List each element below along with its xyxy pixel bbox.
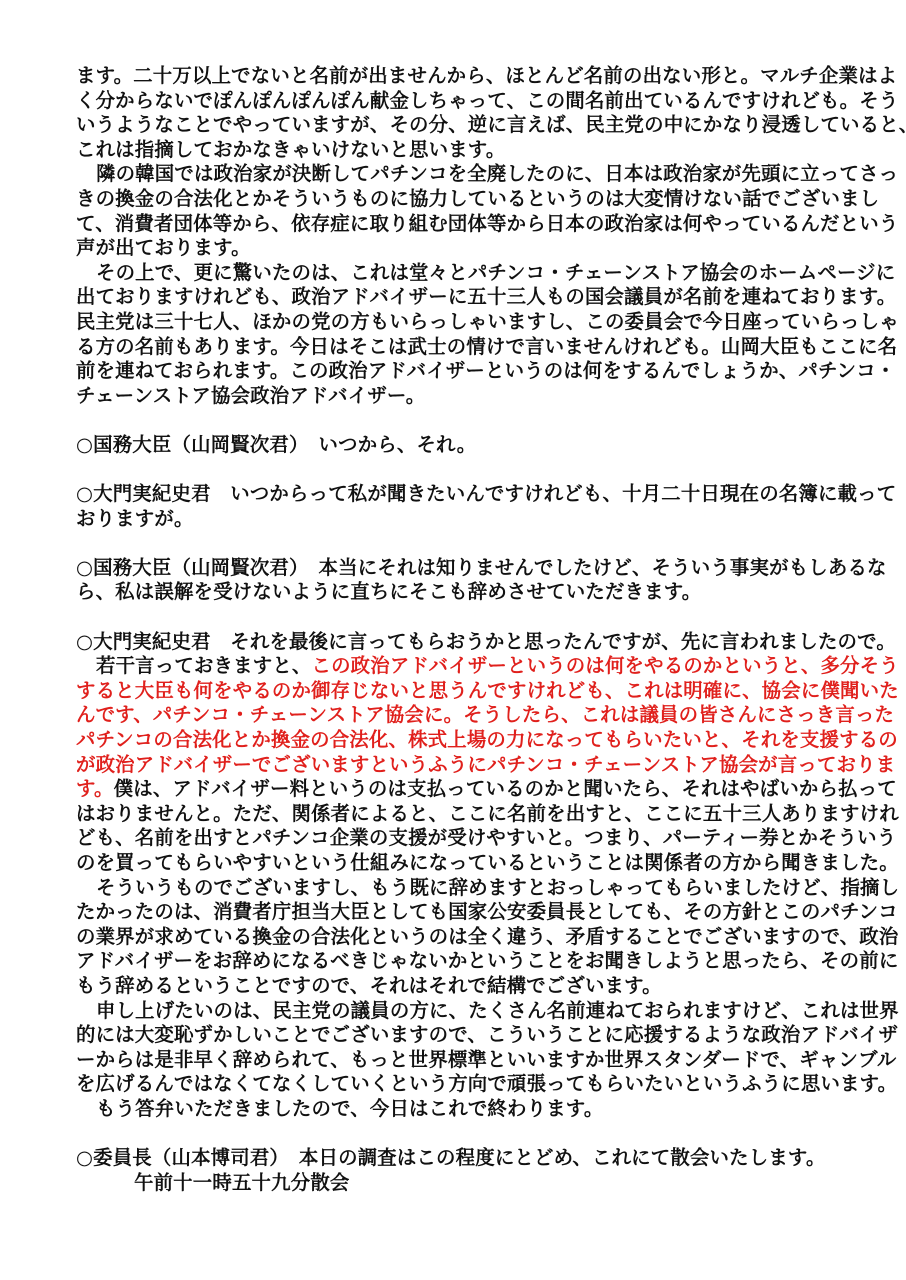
transcript-line: ○大門実紀史君 いつからって私が聞きたいんですけれども、十月二十日現在の名簿に載… [76,482,851,507]
transcript-line: 的には大変恥ずかしいことでございますので、こういうことに応援するような政治アドバ… [76,1023,851,1048]
text-segment: ら、私は誤解を受けないように直ちにそこも辞めさせていただきます。 [76,580,701,603]
highlighted-text: んです、パチンコ・チェーンストア協会に。そうしたら、これは議員の皆さんにさっき言… [76,703,894,726]
transcript-line: いうようなことでやっていますが、その分、逆に言えば、民主党の中にかなり浸透してい… [76,113,851,138]
text-segment: ○大門実紀史君 それを最後に言ってもらおうかと思ったんですが、先に言われましたの… [76,630,896,653]
transcript-line: 申し上げたいのは、民主党の議員の方に、たくさん名前連ねておられますけど、これは世… [76,999,851,1024]
transcript-line: のを買ってもらいやすいという仕組みになっているということは関係者の方から聞きまし… [76,851,851,876]
highlighted-text: この政治アドバイザーというのは何をやるのかというと、多分そう [312,654,899,677]
text-segment: ○国務大臣（山岡賢次君） いつから、それ。 [76,433,476,456]
text-segment: おりますが。 [76,507,194,530]
transcript-line: そういうものでございますし、もう既に辞めますとおっしゃってもらいましたけど、指摘… [76,876,851,901]
text-segment: 的には大変恥ずかしいことでございますので、こういうことに応援するような政治アドバ… [76,1023,898,1046]
text-segment: ○委員長（山本博司君） 本日の調査はこの程度にとどめ、これにて散会いたします。 [76,1146,826,1169]
transcript-line: を広げるんではなくてなくしていくという方向で頑張ってもらいたいというふうに思いま… [76,1072,851,1097]
text-segment: アドバイザーをお辞めになるべきじゃないかということをお聞きしようと思ったら、その… [76,949,898,972]
transcript-line: おりますが。 [76,507,851,532]
transcript-line: もう辞めるということですので、それはそれで結構でございます。 [76,974,851,999]
transcript-line: ○国務大臣（山岡賢次君） いつから、それ。 [76,433,851,458]
transcript-line: はおりませんと。ただ、関係者によると、ここに名前を出すと、ここに五十三人あります… [76,802,851,827]
text-segment: そういうものでございますし、もう既に辞めますとおっしゃってもらいましたけど、指摘… [96,876,899,899]
text-segment: を広げるんではなくてなくしていくという方向で頑張ってもらいたいというふうに思いま… [76,1072,897,1095]
transcript-line: 午前十一時五十九分散会 [76,1171,851,1196]
text-segment: 申し上げたいのは、民主党の議員の方に、たくさん名前連ねておられますけど、これは世… [96,999,899,1022]
text-segment: もう答弁いただきましたので、今日はこれで終わります。 [96,1097,603,1120]
text-segment: たかったのは、消費者庁担当大臣としても国家公安委員長としても、その方針とこのパチ… [76,900,898,923]
transcript-line: ら、私は誤解を受けないように直ちにそこも辞めさせていただきます。 [76,580,851,605]
transcript-line: て、消費者団体等から、依存症に取り組む団体等から日本の政治家は何やっているんだと… [76,212,851,237]
text-segment: ○国務大臣（山岡賢次君） 本当にそれは知りませんでしたけど、そういう事実がもしあ… [76,556,887,579]
transcript-line: パチンコの合法化とか換金の合法化、株式上場の力になってもらいたいと、それを支援す… [76,728,851,753]
transcript-line: ○国務大臣（山岡賢次君） 本当にそれは知りませんでしたけど、そういう事実がもしあ… [76,556,851,581]
transcript-line: チェーンストア協会政治アドバイザー。 [76,384,851,409]
transcript-line: ども、名前を出すとパチンコ企業の支援が受けやすいと。つまり、パーティー券とかそう… [76,826,851,851]
highlighted-text: す。 [76,777,114,800]
text-segment: はおりませんと。ただ、関係者によると、ここに名前を出すと、ここに五十三人あります… [76,802,899,825]
highlighted-text: が政治アドバイザーでございますというふうにパチンコ・チェーンストア協会が言ってお… [76,753,895,776]
text-segment: チェーンストア協会政治アドバイザー。 [76,384,425,407]
text-segment: 若干言っておきますと、 [96,654,312,677]
text-segment: その上で、更に驚いたのは、これは堂々とパチンコ・チェーンストア協会のホームページ… [96,261,895,284]
text-segment: 前を連ねておられます。この政治アドバイザーというのは何をするんでしょうか、パチン… [76,359,895,382]
transcript-line: もう答弁いただきましたので、今日はこれで終わります。 [76,1097,851,1122]
highlighted-text: パチンコの合法化とか換金の合法化、株式上場の力になってもらいたいと、それを支援す… [76,728,898,751]
blank-line [76,1122,851,1147]
text-segment: ーからは是非早く辞められて、もっと世界標準といいますか世界スタンダードで、ギャン… [76,1048,896,1071]
blank-line [76,408,851,433]
text-segment: ○大門実紀史君 いつからって私が聞きたいんですけれども、十月二十日現在の名簿に載… [76,482,896,505]
transcript-line: これは指摘しておかなきゃいけないと思います。 [76,138,851,163]
transcript-page: ます。二十万以上でないと名前が出ませんから、ほとんど名前の出ない形と。マルチ企業… [76,64,851,1195]
transcript-line: ーからは是非早く辞められて、もっと世界標準といいますか世界スタンダードで、ギャン… [76,1048,851,1073]
transcript-line: その上で、更に驚いたのは、これは堂々とパチンコ・チェーンストア協会のホームページ… [76,261,851,286]
transcript-line: が政治アドバイザーでございますというふうにパチンコ・チェーンストア協会が言ってお… [76,753,851,778]
transcript-line: んです、パチンコ・チェーンストア協会に。そうしたら、これは議員の皆さんにさっき言… [76,703,851,728]
transcript-line: 出ておりますけれども、政治アドバイザーに五十三人もの国会議員が名前を連ねておりま… [76,285,851,310]
blank-line [76,531,851,556]
transcript-line: すると大臣も何をやるのか御存じないと思うんですけれども、これは明確に、協会に僕聞… [76,679,851,704]
transcript-line: ○委員長（山本博司君） 本日の調査はこの程度にとどめ、これにて散会いたします。 [76,1146,851,1171]
transcript-line: る方の名前もあります。今日はそこは武士の情けで言いませんけれども。山岡大臣もここ… [76,335,851,360]
transcript-line: く分からないでぽんぽんぽんぽん献金しちゃって、この間名前出ているんですけれども。… [76,89,851,114]
transcript-line: きの換金の合法化とかそういうものに協力しているというのは大変情けない話でございま… [76,187,851,212]
transcript-line: ます。二十万以上でないと名前が出ませんから、ほとんど名前の出ない形と。マルチ企業… [76,64,851,89]
text-segment: 出ておりますけれども、政治アドバイザーに五十三人もの国会議員が名前を連ねておりま… [76,285,896,308]
transcript-line: 前を連ねておられます。この政治アドバイザーというのは何をするんでしょうか、パチン… [76,359,851,384]
highlighted-text: すると大臣も何をやるのか御存じないと思うんですけれども、これは明確に、協会に僕聞… [76,679,899,702]
transcript-line: ○大門実紀史君 それを最後に言ってもらおうかと思ったんですが、先に言われましたの… [76,630,851,655]
text-segment: 午前十一時五十九分散会 [134,1171,350,1194]
text-segment: のを買ってもらいやすいという仕組みになっているということは関係者の方から聞きまし… [76,851,899,874]
text-segment: て、消費者団体等から、依存症に取り組む団体等から日本の政治家は何やっているんだと… [76,212,898,235]
text-segment: 僕は、アドバイザー料というのは支払っているのかと聞いたら、それはやばいから払って [114,777,897,800]
transcript-line: アドバイザーをお辞めになるべきじゃないかということをお聞きしようと思ったら、その… [76,949,851,974]
text-segment: ます。二十万以上でないと名前が出ませんから、ほとんど名前の出ない形と。マルチ企業… [76,64,897,87]
text-segment: る方の名前もあります。今日はそこは武士の情けで言いませんけれども。山岡大臣もここ… [76,335,897,358]
text-segment: 隣の韓国では政治家が決断してパチンコを全廃したのに、日本は政治家が先頭に立ってさ… [96,162,898,185]
transcript-line: 民主党は三十七人、ほかの党の方もいらっしゃいますし、この委員会で今日座っていらっ… [76,310,851,335]
text-segment: 声が出ております。 [76,236,251,259]
blank-line [76,458,851,483]
transcript-line: 声が出ております。 [76,236,851,261]
transcript-line: 若干言っておきますと、この政治アドバイザーというのは何をやるのかというと、多分そ… [76,654,851,679]
text-segment: ども、名前を出すとパチンコ企業の支援が受けやすいと。つまり、パーティー券とかそう… [76,826,896,849]
transcript-line: たかったのは、消費者庁担当大臣としても国家公安委員長としても、その方針とこのパチ… [76,900,851,925]
text-segment: 民主党は三十七人、ほかの党の方もいらっしゃいますし、この委員会で今日座っていらっ… [76,310,899,333]
transcript-line: の業界が求めている換金の合法化というのは全く違う、矛盾することでございますので、… [76,925,851,950]
text-segment: これは指摘しておかなきゃいけないと思います。 [76,138,505,161]
blank-line [76,605,851,630]
text-segment: きの換金の合法化とかそういうものに協力しているというのは大変情けない話でございま… [76,187,879,210]
transcript-line: 隣の韓国では政治家が決断してパチンコを全廃したのに、日本は政治家が先頭に立ってさ… [76,162,851,187]
text-segment: の業界が求めている換金の合法化というのは全く違う、矛盾することでございますので、… [76,925,898,948]
transcript-line: す。僕は、アドバイザー料というのは支払っているのかと聞いたら、それはやばいから払… [76,777,851,802]
text-segment: いうようなことでやっていますが、その分、逆に言えば、民主党の中にかなり浸透してい… [76,113,906,136]
text-segment: もう辞めるということですので、それはそれで結構でございます。 [76,974,662,997]
text-segment: く分からないでぽんぽんぽんぽん献金しちゃって、この間名前出ているんですけれども。… [76,89,898,112]
